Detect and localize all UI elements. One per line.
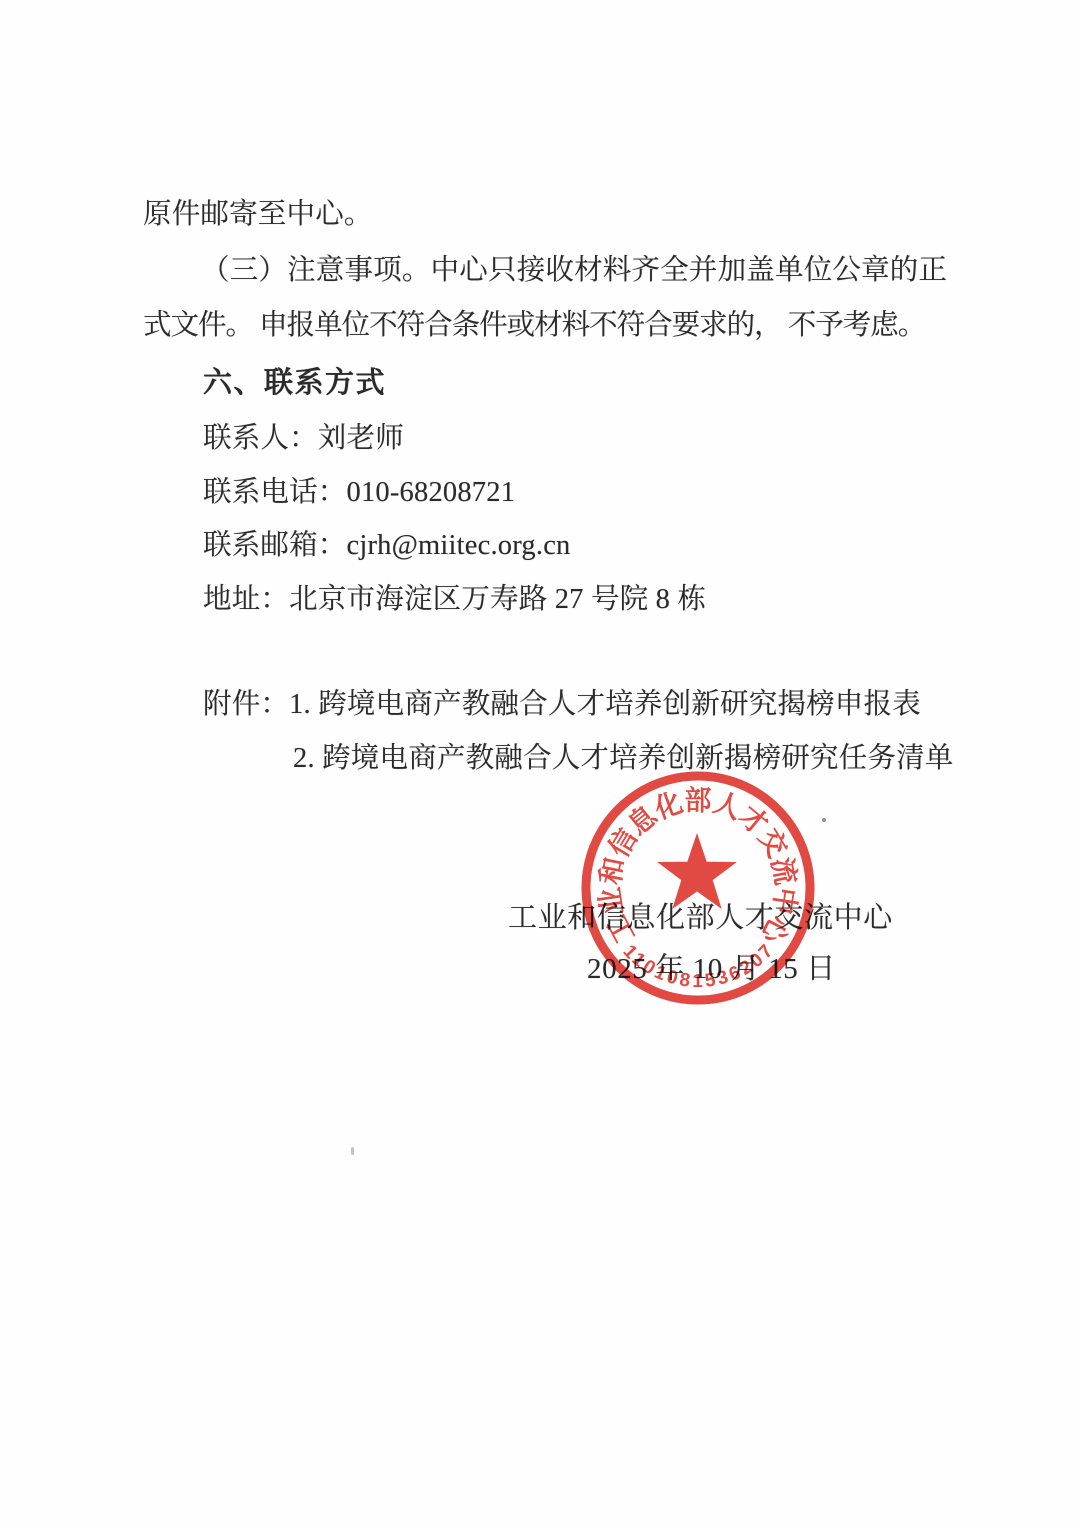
- contact-email-line: 联系邮箱：cjrh@miitec.org.cn: [203, 529, 571, 563]
- attachment-line-2: 2. 跨境电商产教融合人才培养创新揭榜研究任务清单: [293, 742, 954, 776]
- scan-speck: [351, 1147, 354, 1155]
- signature-org-name: 工业和信息化部人才交流中心: [508, 901, 893, 935]
- scan-speck: [822, 818, 826, 822]
- signature-date: 2025 年 10 月 15 日: [587, 952, 836, 986]
- document-page: 原件邮寄至中心。 （三）注意事项。中心只接收材料齐全并加盖单位公章的正 式文件。…: [0, 0, 1080, 1527]
- section-heading-contact: 六、联系方式: [203, 366, 386, 400]
- contact-address-line: 地址：北京市海淀区万寿路 27 号院 8 栋: [203, 583, 706, 617]
- paragraph-continuation-line: 原件邮寄至中心。: [143, 198, 373, 232]
- contact-person-line: 联系人：刘老师: [203, 422, 404, 456]
- notes-paragraph-line-2: 式文件。 申报单位不符合条件或材料不符合要求的， 不予考虑。: [143, 309, 925, 343]
- notes-paragraph-line-1: （三）注意事项。中心只接收材料齐全并加盖单位公章的正: [201, 254, 947, 288]
- seal-star-icon: [657, 833, 737, 909]
- attachment-line-1: 附件：1. 跨境电商产教融合人才培养创新研究揭榜申报表: [203, 688, 921, 722]
- contact-phone-line: 联系电话：010-68208721: [203, 476, 515, 510]
